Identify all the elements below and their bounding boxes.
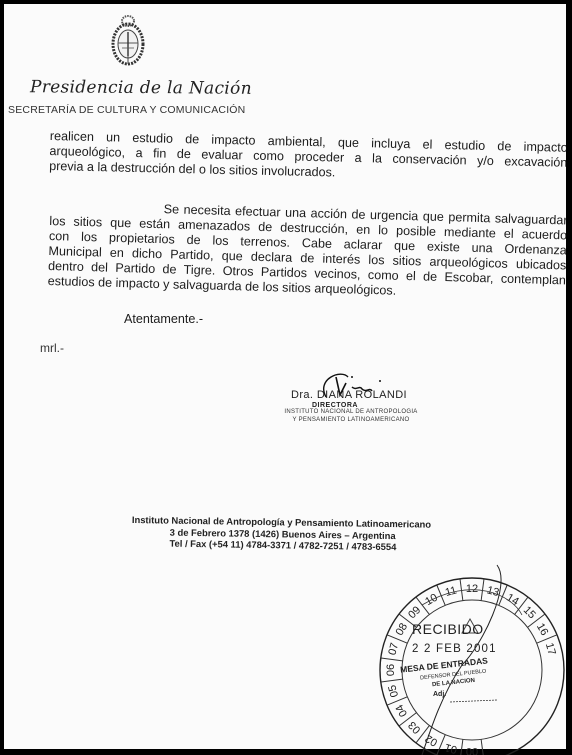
stamp-date: 2 2 FEB 2001 <box>412 643 497 655</box>
svg-text:06: 06 <box>385 664 397 676</box>
svg-text:12: 12 <box>466 583 478 595</box>
svg-text:09: 09 <box>406 604 423 621</box>
svg-text:16: 16 <box>534 621 551 638</box>
svg-text:07: 07 <box>386 642 401 657</box>
coat-of-arms-icon <box>107 12 149 68</box>
stamp-status: RECIBIDO <box>412 621 484 637</box>
institution-line: INSTITUTO NACIONAL DE ANTROPOLOGIA <box>276 409 426 417</box>
closing-salutation: Atentamente.- <box>124 312 203 326</box>
svg-text:03: 03 <box>406 719 423 736</box>
svg-text:17: 17 <box>543 642 558 657</box>
typist-initials: mrl.- <box>40 341 64 355</box>
signatory-institution: INSTITUTO NACIONAL DE ANTROPOLOGIA Y PEN… <box>276 409 426 424</box>
received-stamp-icon: 000102030405060708091011121314151617 <box>362 555 572 755</box>
department-name: SECRETARÍA DE CULTURA Y COMUNICACIÓN <box>8 104 245 116</box>
svg-text:05: 05 <box>386 683 401 698</box>
svg-text:01: 01 <box>444 741 459 755</box>
svg-text:02: 02 <box>423 732 440 749</box>
stamp-field: Adj. <box>433 691 446 698</box>
institution-line: Y PENSAMIENTO LATINOAMERICANO <box>276 417 426 425</box>
svg-text:00: 00 <box>466 745 478 755</box>
svg-text:14: 14 <box>504 592 521 609</box>
svg-text:15: 15 <box>521 604 538 621</box>
svg-text:11: 11 <box>444 584 458 599</box>
organization-name: Presidencia de la Nación <box>30 77 252 99</box>
svg-text:04: 04 <box>394 702 411 719</box>
signatory-name: Dra. DIANA ROLANDI <box>291 389 407 401</box>
paragraph-1: realicen un estudio de impacto ambiental… <box>49 129 566 186</box>
signatory-title: DIRECTORA <box>312 402 358 409</box>
svg-text:08: 08 <box>394 621 411 638</box>
footer-address: Instituto Nacional de Antropología y Pen… <box>131 514 431 553</box>
paragraph-2: Se necesita efectuar una acción de urgen… <box>47 199 566 303</box>
